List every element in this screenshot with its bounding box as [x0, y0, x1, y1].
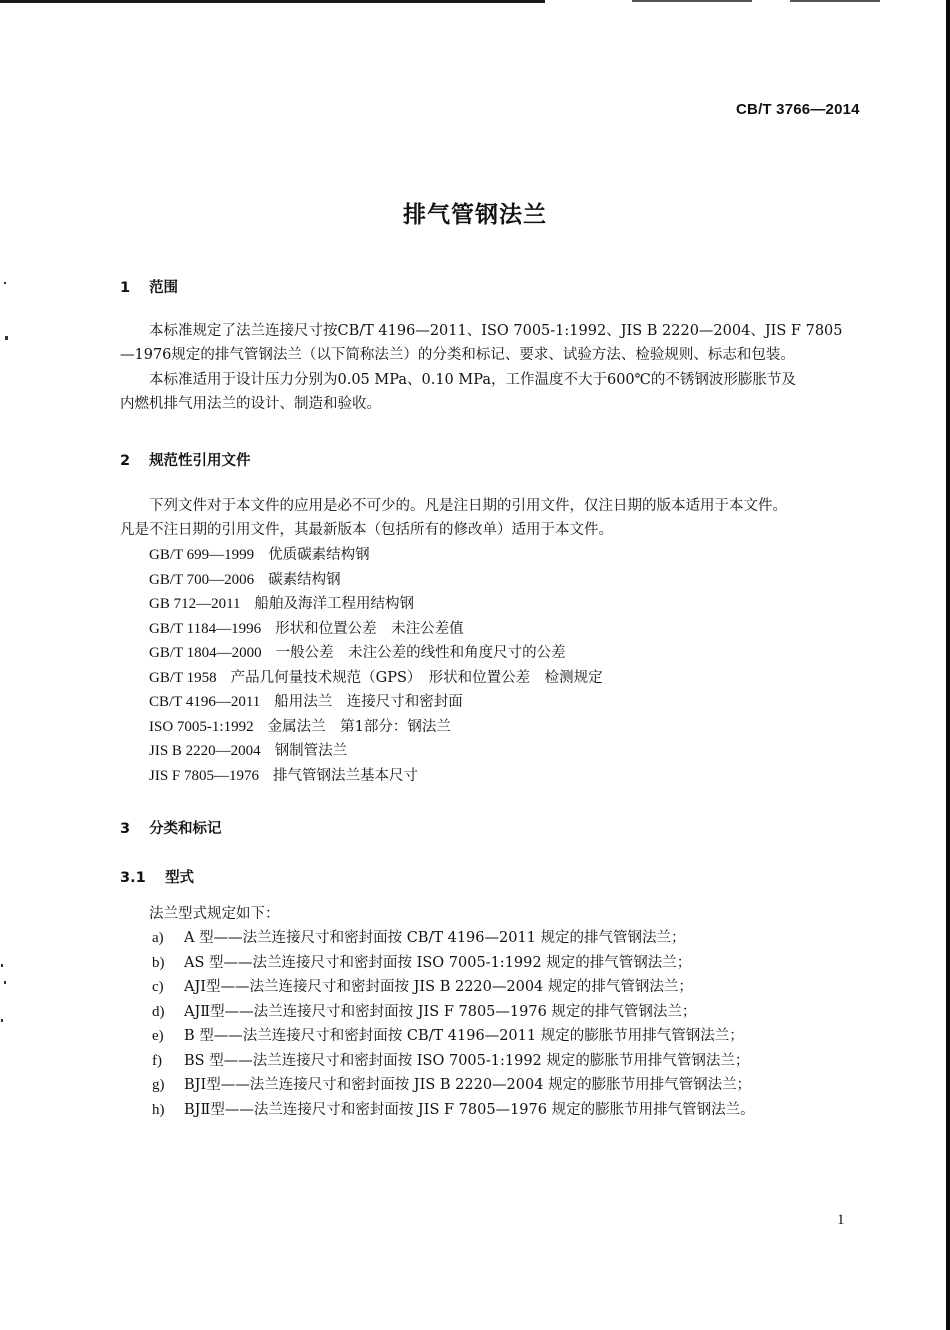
flange-type-list: a)A 型——法兰连接尺寸和密封面按 CB/T 4196—2011 规定的排气管…	[152, 926, 755, 1122]
list-marker: e)	[152, 1024, 184, 1049]
flange-type-item: h)BJⅡ型——法兰连接尺寸和密封面按 JIS F 7805—1976 规定的膨…	[152, 1098, 755, 1123]
reference-item: GB/T 699—1999优质碳素结构钢	[149, 543, 603, 568]
reference-item: ISO 7005-1:1992金属法兰 第1部分：钢法兰	[149, 715, 603, 740]
reference-list: GB/T 699—1999优质碳素结构钢 GB/T 700—2006碳素结构钢 …	[149, 543, 603, 788]
reference-title: 产品几何量技术规范（GPS） 形状和位置公差 检测规定	[231, 670, 603, 686]
reference-code: GB 712—2011	[149, 592, 241, 617]
list-marker: b)	[152, 951, 184, 976]
scope-paragraph-2: 本标准适用于设计压力分别为0.05 MPa、0.10 MPa，工作温度不大于60…	[120, 368, 858, 416]
reference-title: 形状和位置公差 未注公差值	[275, 621, 464, 637]
reference-item: GB/T 1184—1996形状和位置公差 未注公差值	[149, 617, 603, 642]
reference-title: 船用法兰 连接尺寸和密封面	[274, 694, 463, 710]
scope-paragraph-1: 本标准规定了法兰连接尺寸按CB/T 4196—2011、ISO 7005-1:1…	[120, 319, 858, 367]
section-number: 2	[120, 453, 144, 469]
section-title: 规范性引用文件	[149, 453, 251, 469]
reference-title: 优质碳素结构钢	[268, 547, 370, 563]
reference-title: 一般公差 未注公差的线性和角度尺寸的公差	[276, 645, 566, 661]
flange-type-item: g)BJⅠ型——法兰连接尺寸和密封面按 JIS B 2220—2004 规定的膨…	[152, 1073, 755, 1098]
flange-type-item: a)A 型——法兰连接尺寸和密封面按 CB/T 4196—2011 规定的排气管…	[152, 926, 755, 951]
flange-type-text: AJⅡ型——法兰连接尺寸和密封面按 JIS F 7805—1976 规定的排气管…	[184, 1004, 696, 1020]
list-marker: a)	[152, 926, 184, 951]
flange-type-text: AJⅠ型——法兰连接尺寸和密封面按 JIS B 2220—2004 规定的排气管…	[184, 979, 693, 995]
section-heading-normative-references: 2 规范性引用文件	[120, 449, 251, 470]
flange-type-text: AS 型——法兰连接尺寸和密封面按 ISO 7005-1:1992 规定的排气管…	[184, 955, 691, 971]
subsection-heading-types: 3.1 型式	[120, 866, 194, 887]
flange-type-text: A 型——法兰连接尺寸和密封面按 CB/T 4196—2011 规定的排气管钢法…	[184, 930, 686, 946]
scan-edge-artifact	[790, 0, 880, 2]
section-title: 范围	[149, 280, 178, 296]
section-number: 3.1	[120, 870, 160, 886]
reference-code: GB/T 700—2006	[149, 568, 254, 593]
section-number: 3	[120, 821, 144, 837]
reference-title: 碳素结构钢	[268, 572, 341, 588]
reference-item: JIS B 2220—2004钢制管法兰	[149, 739, 603, 764]
paragraph-line: 本标准规定了法兰连接尺寸按CB/T 4196—2011、ISO 7005-1:1…	[120, 319, 858, 343]
document-code: CB/T 3766—2014	[736, 101, 860, 118]
reference-title: 金属法兰 第1部分：钢法兰	[268, 719, 451, 735]
flange-type-item: e)B 型——法兰连接尺寸和密封面按 CB/T 4196—2011 规定的膨胀节…	[152, 1024, 755, 1049]
reference-title: 排气管钢法兰基本尺寸	[273, 768, 418, 784]
paragraph-line: 凡是不注日期的引用文件，其最新版本（包括所有的修改单）适用于本文件。	[120, 518, 858, 542]
reference-code: CB/T 4196—2011	[149, 690, 260, 715]
scan-edge-artifact	[632, 0, 752, 2]
scan-speck	[4, 282, 6, 284]
reference-code: GB/T 699—1999	[149, 543, 254, 568]
reference-item: JIS F 7805—1976排气管钢法兰基本尺寸	[149, 764, 603, 789]
reference-title: 钢制管法兰	[275, 743, 348, 759]
list-marker: d)	[152, 1000, 184, 1025]
flange-type-item: f)BS 型——法兰连接尺寸和密封面按 ISO 7005-1:1992 规定的膨…	[152, 1049, 755, 1074]
flange-type-text: BJⅠ型——法兰连接尺寸和密封面按 JIS B 2220—2004 规定的膨胀节…	[184, 1077, 751, 1093]
reference-code: JIS B 2220—2004	[149, 739, 261, 764]
reference-item: CB/T 4196—2011船用法兰 连接尺寸和密封面	[149, 690, 603, 715]
reference-code: GB/T 1184—1996	[149, 617, 261, 642]
reference-code: GB/T 1958	[149, 666, 217, 691]
list-marker: h)	[152, 1098, 184, 1123]
list-marker: g)	[152, 1073, 184, 1098]
flange-type-item: c)AJⅠ型——法兰连接尺寸和密封面按 JIS B 2220—2004 规定的排…	[152, 975, 755, 1000]
list-marker: f)	[152, 1049, 184, 1074]
list-marker: c)	[152, 975, 184, 1000]
paragraph-line: 下列文件对于本文件的应用是必不可少的。凡是注日期的引用文件，仅注日期的版本适用于…	[120, 494, 858, 518]
reference-code: GB/T 1804—2000	[149, 641, 262, 666]
scan-speck	[5, 336, 8, 340]
paragraph-line: 本标准适用于设计压力分别为0.05 MPa、0.10 MPa，工作温度不大于60…	[120, 368, 858, 392]
references-paragraph: 下列文件对于本文件的应用是必不可少的。凡是注日期的引用文件，仅注日期的版本适用于…	[120, 494, 858, 542]
section-title: 分类和标记	[149, 821, 222, 837]
paragraph-line: 内燃机排气用法兰的设计、制造和验收。	[120, 392, 858, 416]
reference-item: GB 712—2011船舶及海洋工程用结构钢	[149, 592, 603, 617]
reference-item: GB/T 1804—2000一般公差 未注公差的线性和角度尺寸的公差	[149, 641, 603, 666]
reference-title: 船舶及海洋工程用结构钢	[255, 596, 415, 612]
scan-speck	[4, 981, 6, 984]
flange-type-text: BJⅡ型——法兰连接尺寸和密封面按 JIS F 7805—1976 规定的膨胀节…	[184, 1102, 755, 1118]
flange-type-text: B 型——法兰连接尺寸和密封面按 CB/T 4196—2011 规定的膨胀节用排…	[184, 1028, 744, 1044]
paragraph-line: —1976规定的排气管钢法兰（以下简称法兰）的分类和标记、要求、试验方法、检验规…	[120, 343, 858, 367]
section-title: 型式	[165, 870, 194, 886]
reference-item: GB/T 1958产品几何量技术规范（GPS） 形状和位置公差 检测规定	[149, 666, 603, 691]
reference-code: JIS F 7805—1976	[149, 764, 259, 789]
flange-type-item: d)AJⅡ型——法兰连接尺寸和密封面按 JIS F 7805—1976 规定的排…	[152, 1000, 755, 1025]
page-number: 1	[837, 1212, 845, 1229]
scan-speck	[1, 964, 3, 967]
flange-type-item: b)AS 型——法兰连接尺寸和密封面按 ISO 7005-1:1992 规定的排…	[152, 951, 755, 976]
types-intro: 法兰型式规定如下：	[149, 902, 280, 923]
reference-item: GB/T 700—2006碳素结构钢	[149, 568, 603, 593]
section-heading-scope: 1 范围	[120, 276, 178, 297]
document-title: 排气管钢法兰	[0, 196, 950, 229]
flange-type-text: BS 型——法兰连接尺寸和密封面按 ISO 7005-1:1992 规定的膨胀节…	[184, 1053, 749, 1069]
section-heading-classification: 3 分类和标记	[120, 817, 222, 838]
scan-edge-artifact	[0, 0, 545, 3]
scan-speck	[1, 1019, 3, 1022]
section-number: 1	[120, 280, 144, 296]
reference-code: ISO 7005-1:1992	[149, 715, 254, 740]
